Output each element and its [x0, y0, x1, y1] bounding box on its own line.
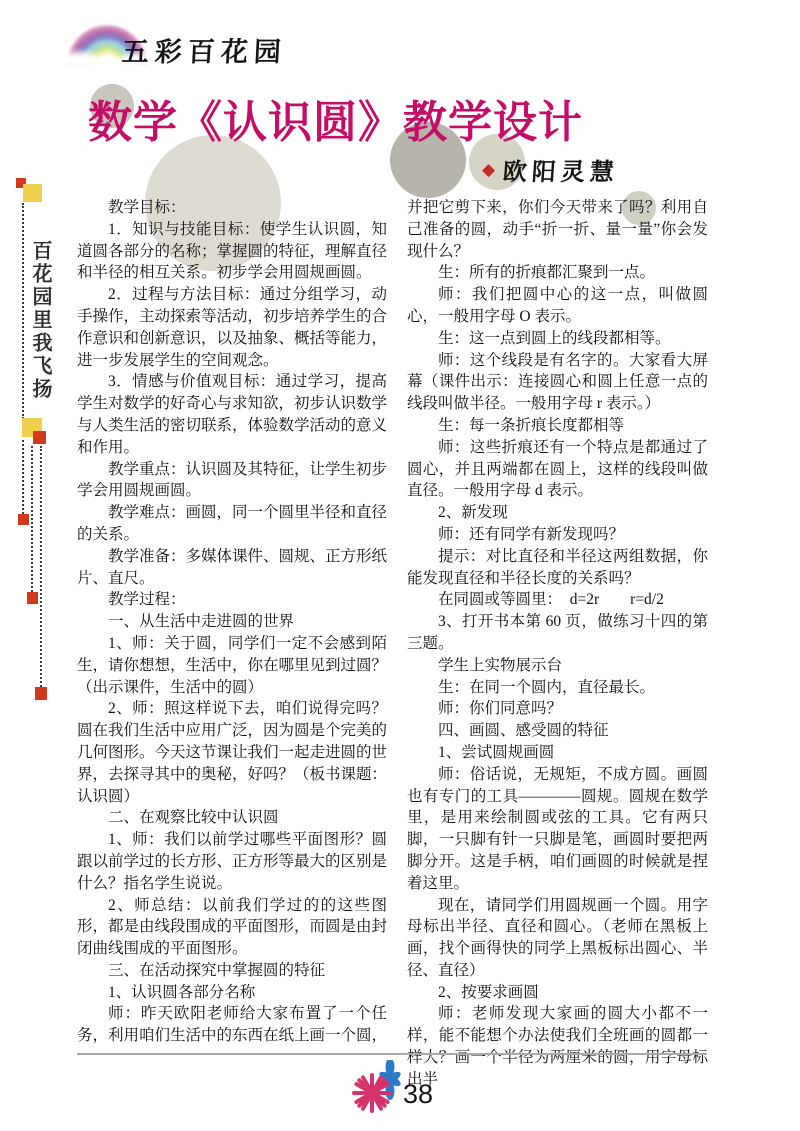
paragraph: 2、按要求画圆	[407, 982, 708, 1004]
paragraph: 2．过程与方法目标：通过分组学习，动手操作，主动探索等活动，初步培养学生的合作意…	[77, 284, 387, 371]
paragraph: 师：这个线段是有名字的。大家看大屏幕（课件出示：连接圆心和圆上任意一点的线段叫做…	[407, 350, 708, 415]
paragraph: 教学重点：认识圆及其特征，让学生初步学会用圆规画圆。	[77, 459, 387, 503]
paragraph: 3、打开书本第 60 页，做练习十四的第三题。	[407, 611, 708, 655]
paragraph: 生：这一点到圆上的线段都相等。	[407, 328, 708, 350]
paragraph: 师：我们把圆中心的这一点，叫做圆心，一般用字母 O 表示。	[407, 284, 708, 328]
article-column-right: 并把它剪下来，你们今天带来了吗？利用自己准备的圆，动手“折一折、量一量”你会发现…	[407, 197, 708, 1091]
footer-rule	[77, 1053, 707, 1055]
paragraph: 二、在观察比较中认识圆	[77, 807, 387, 829]
paragraph: 1、师：我们以前学过哪些平面图形？圆跟以前学过的长方形、正方形等最大的区别是什么…	[77, 829, 387, 894]
paragraph: 师：老师发现大家画的圆大小都不一样，能不能想个办法使我们全班画的圆都一样大？画一…	[407, 1003, 708, 1090]
rail-yellow-square	[23, 184, 42, 202]
paragraph: 三、在活动探究中掌握圆的特征	[77, 960, 387, 982]
author-row: ◆ 欧阳灵慧	[482, 152, 619, 187]
paragraph: 1、师：关于圆，同学们一定不会感到陌生，请你想想，生活中，你在哪里见到过圆？（出…	[77, 633, 387, 698]
paragraph: 2、师：照这样说下去，咱们说得完吗？圆在我们生活中应用广泛，因为圆是个完美的几何…	[77, 698, 387, 807]
paragraph: 师：还有同学有新发现吗？	[407, 524, 708, 546]
rail-dotted-line	[22, 203, 24, 419]
paragraph: 师：这些折痕还有一个特点是都通过了圆心，并且两端都在圆上，这样的线段叫做直径。一…	[407, 437, 708, 502]
masthead-brand: 五彩百花园	[121, 30, 288, 69]
rail-dotted-line	[40, 446, 42, 687]
paragraph: 1．知识与技能目标：使学生认识圆，知道圆各部分的名称；掌握圆的特征，理解直径和半…	[77, 219, 387, 284]
paragraph: 教学难点：画圆，同一个圆里半径和直径的关系。	[77, 502, 387, 546]
paragraph: 生：所有的折痕都汇聚到一点。	[407, 262, 708, 284]
rail-red-square	[35, 687, 47, 700]
paragraph: 教学过程：	[77, 589, 387, 611]
article-column-left: 教学目标：1．知识与技能目标：使学生认识圆，知道圆各部分的名称；掌握圆的特征，理…	[77, 197, 387, 1047]
paragraph: 师：你们同意吗？	[407, 698, 708, 720]
paragraph: 现在，请同学们用圆规画一个圆。用字母标出半径、直径和圆心。（老师在黑板上画，找个…	[407, 895, 708, 982]
rail-red-square	[27, 592, 38, 604]
rail-dotted-line	[31, 446, 33, 592]
paragraph: 1、尝试圆规画圆	[407, 742, 708, 764]
paragraph: 教学目标：	[77, 197, 387, 219]
rail-red-square	[18, 514, 29, 525]
diamond-icon: ◆	[482, 161, 495, 178]
magazine-page: { "masthead": { "brand": "五彩百花园" }, "hea…	[0, 0, 800, 1131]
author-name: 欧阳灵慧	[502, 152, 620, 187]
pink-starburst-icon	[354, 1075, 390, 1111]
paragraph: 3．情感与价值观目标：通过学习，提高学生对数学的好奇心与求知欲，初步认识数学与人…	[77, 371, 387, 458]
paragraph: 2、师总结：以前我们学过的的这些图形，都是由线段围成的平面图形，而圆是由封闭曲线…	[77, 895, 387, 960]
paragraph: 生：每一条折痕长度都相等	[407, 415, 708, 437]
paragraph: 四、画圆、感受圆的特征	[407, 720, 708, 742]
rail-red-square	[33, 431, 46, 444]
paragraph: 在同圆或等圆里： d=2r r=d/2	[407, 589, 708, 611]
rail-vertical-slogan: 百花园里我飞扬	[26, 240, 55, 401]
paragraph: 学生上实物展示台	[407, 655, 708, 677]
paragraph: 1、认识圆各部分名称	[77, 982, 387, 1004]
paragraph: 一、从生活中走进圆的世界	[77, 611, 387, 633]
paragraph: 提示：对比直径和半径这两组数据，你能发现直径和半径长度的关系吗？	[407, 546, 708, 590]
paragraph: 教学准备：多媒体课件、圆规、正方形纸片、直尺。	[77, 546, 387, 590]
paragraph: 师：昨天欧阳老师给大家布置了一个任务，利用咱们生活中的东西在纸上画一个圆，	[77, 1003, 387, 1047]
page-title: 数学《认识圆》教学设计	[88, 86, 583, 150]
paragraph: 生：在同一个圆内，直径最长。	[407, 677, 708, 699]
page-number: 38	[403, 1079, 433, 1110]
rail-dotted-line	[22, 440, 24, 514]
paragraph: 师：俗话说，无规矩，不成方圆。画圆也有专门的工具————圆规。圆规在数学里，是用…	[407, 764, 708, 895]
paragraph: 2、新发现	[407, 502, 708, 524]
paragraph: 并把它剪下来，你们今天带来了吗？利用自己准备的圆，动手“折一折、量一量”你会发现…	[407, 197, 708, 262]
